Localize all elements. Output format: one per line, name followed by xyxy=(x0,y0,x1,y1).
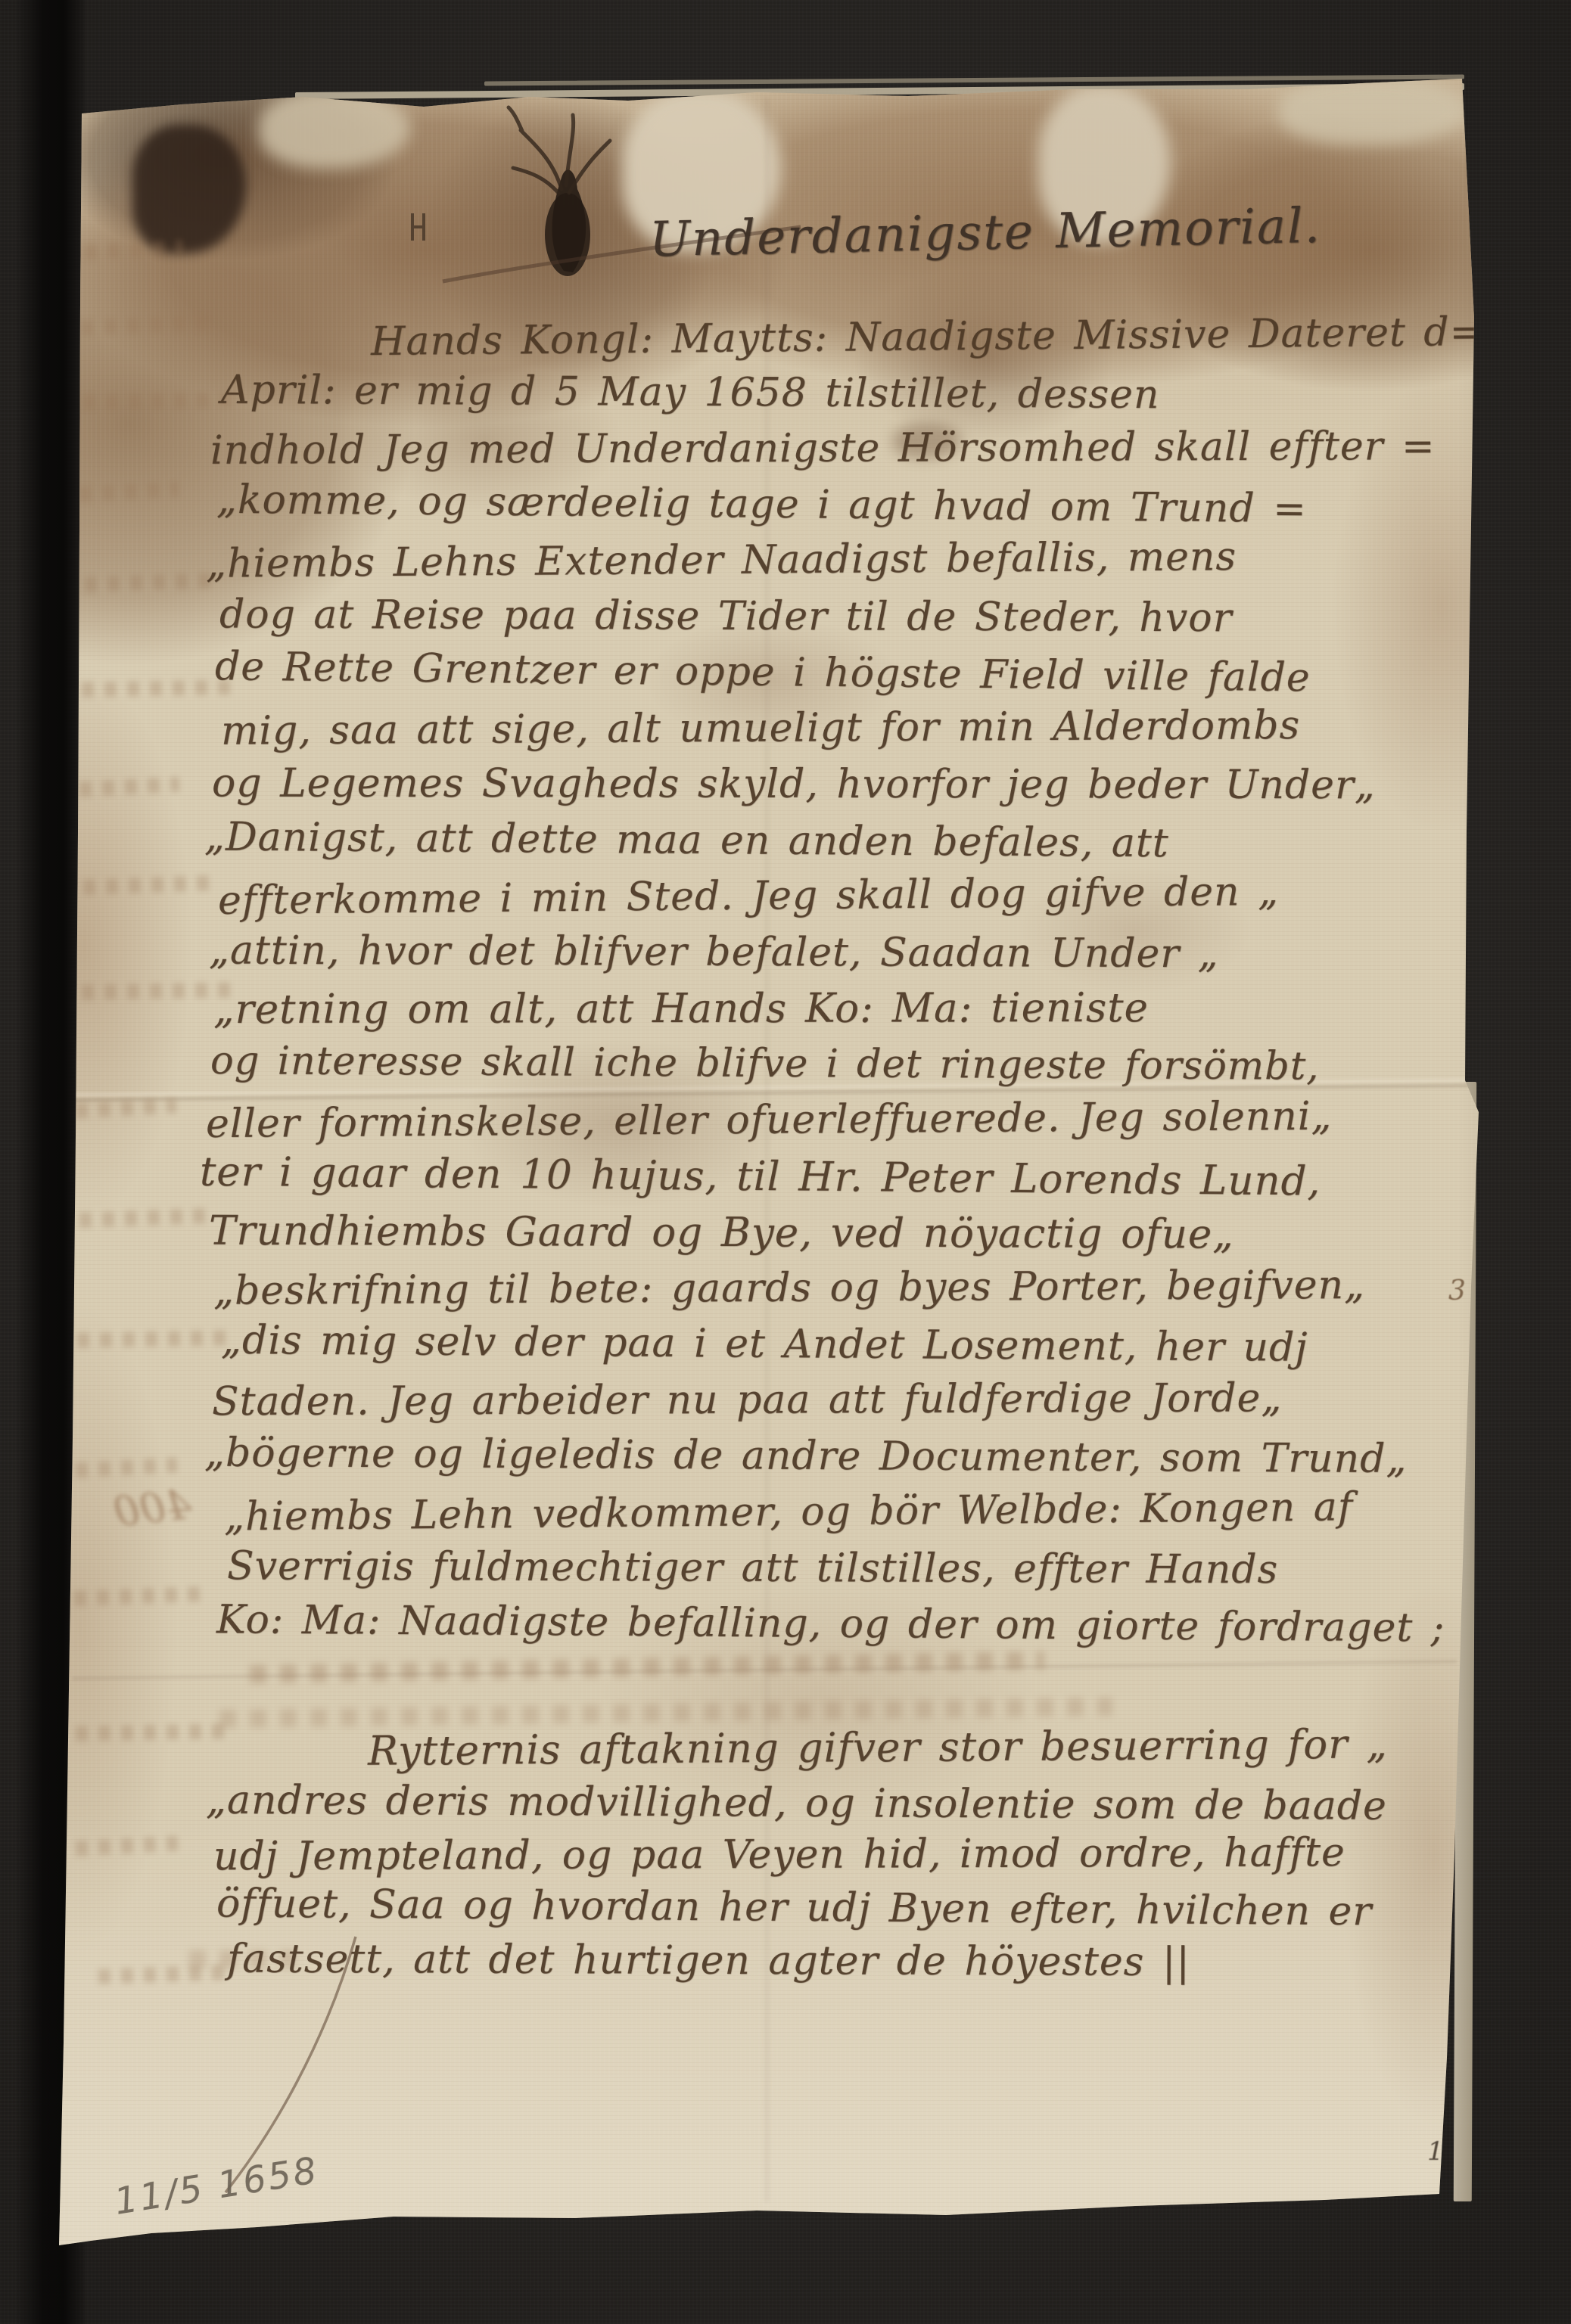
manuscript-line: indhold Jeg med Underdanigste Hörsomhed … xyxy=(210,427,1436,471)
manuscript-line: April: er mig d 5 May 1658 tilstillet, d… xyxy=(221,371,1160,415)
manuscript-line: „andres deris modvillighed, og insolenti… xyxy=(206,1781,1387,1826)
manuscript-line: Hands Kongl: Maytts: Naadigste Missive D… xyxy=(371,312,1571,362)
manuscript-page: 400 Underdanigste Memorial. Hands Kongl:… xyxy=(0,0,1571,2324)
manuscript-line: „beskrifning til bete: gaards og byes Po… xyxy=(213,1266,1365,1311)
manuscript-line: eller forminskelse, eller ofuerleffuered… xyxy=(206,1097,1333,1144)
manuscript-line: og interesse skall iche blifve i det rin… xyxy=(210,1042,1320,1086)
manuscript-line: ter i gaar den 10 hujus, til Hr. Peter L… xyxy=(200,1152,1321,1202)
bleedthrough-fragment xyxy=(76,1723,233,1741)
manuscript-line: dog at Reise paa disse Tider til de Sted… xyxy=(219,595,1233,638)
manuscript-line: og Legemes Svagheds skyld, hvorfor jeg b… xyxy=(212,764,1376,806)
manuscript-line: effterkomme i min Sted. Jeg skall dog gi… xyxy=(218,872,1279,921)
document-title: Underdanigste Memorial. xyxy=(649,202,1321,265)
manuscript-line: Trundhiembs Gaard og Bye, ved nöyactig o… xyxy=(209,1211,1234,1255)
bleedthrough-numeral: 400 xyxy=(111,1480,194,1536)
manuscript-line: udj Jempteland, og paa Veyen hid, imod o… xyxy=(213,1833,1345,1876)
manuscript-line: „bögerne og ligeledis de andre Documente… xyxy=(204,1434,1408,1479)
manuscript-line: „attin, hvor det blifver befalet, Saadan… xyxy=(209,931,1219,974)
manuscript-line: mig, saa att sige, alt umueligt for min … xyxy=(221,706,1300,750)
manuscript-line: fastsett, att det hurtigen agter de höye… xyxy=(227,1940,1190,1982)
manuscript-line: Staden. Jeg arbeider nu paa att fuldferd… xyxy=(212,1379,1282,1422)
manuscript-line: Rytternis aftakning gifver stor besuerri… xyxy=(368,1724,1388,1771)
manuscript-line: Sverrigis fuldmechtiger att tilstilles, … xyxy=(227,1547,1278,1590)
manuscript-scan: 400 Underdanigste Memorial. Hands Kongl:… xyxy=(0,0,1571,2324)
bleedthrough-fragment xyxy=(83,392,238,410)
manuscript-line: „hiembs Lehns Extender Naadigst befallis… xyxy=(206,537,1237,584)
bleedthrough-fragment xyxy=(77,1330,234,1348)
folio-number: 1 xyxy=(1427,2136,1444,2167)
bleedthrough-fragment xyxy=(82,679,237,698)
manuscript-line: „komme, og særdeelig tage i agt hvad om … xyxy=(216,480,1307,530)
manuscript-line: Ko: Ma: Naadigste befalling, og der om g… xyxy=(216,1600,1445,1648)
manuscript-line: „retning om alt, att Hands Ko: Ma: tieni… xyxy=(213,988,1149,1030)
manuscript-line: „Danigst, att dette maa en anden befales… xyxy=(204,818,1169,864)
manuscript-line: de Rette Grentzer er oppe i högste Field… xyxy=(215,647,1311,698)
margin-numeral: 3 xyxy=(1448,1275,1466,1306)
manuscript-line: öffuet, Saa og hvordan her udj Byen efte… xyxy=(216,1884,1372,1932)
manuscript-line: „dis mig selv der paa i et Andet Losemen… xyxy=(221,1321,1308,1368)
manuscript-line: „hiembs Lehn vedkommer, og bör Welbde: K… xyxy=(224,1487,1353,1536)
